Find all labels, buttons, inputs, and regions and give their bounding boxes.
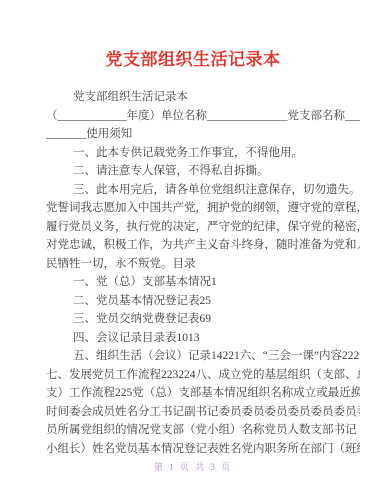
text-line: 民牺牲一切，永不叛党。目录 — [46, 255, 360, 274]
text-line: 七、发展党员工作流程223224八、成立党的基层组织（支部、总 — [46, 366, 360, 385]
text-line: 二、请注意专人保管，不得私自拆撕。 — [46, 162, 360, 181]
page-number-footer: 第 1 页 共 3 页 — [0, 460, 386, 473]
document-page: 党支部组织生活记录本 党支部组织生活记录本（____________年度）单位名… — [0, 0, 386, 500]
text-line: 对党忠诚，积极工作，为共产主义奋斗终身，随时准备为党和人 — [46, 236, 360, 255]
text-line: 一、党（总）支部基本情况1 — [46, 273, 360, 292]
text-line: 一、此本专供记载党务工作事宜，不得他用。 — [46, 144, 360, 163]
text-line: 三、此本用完后，请各单位党组织注意保存，切勿遗失。入 — [46, 181, 360, 200]
text-line: 支）工作流程225党（总）支部基本情况组织名称成立或最近换届 — [46, 384, 360, 403]
text-line: 小组长）姓名党员基本情况登记表姓名党内职务所在部门（班组 — [46, 440, 360, 459]
text-line: 员所属党组织的情况党支部（党小组）名称党员人数支部书记（ — [46, 421, 360, 440]
text-line: 五、组织生活（会议）记录14221六、“三会一课”内容222 — [46, 347, 360, 366]
text-line: 履行党员义务，执行党的决定，严守党的纪律，保守党的秘密， — [46, 218, 360, 237]
document-body: 党支部组织生活记录本（____________年度）单位名称__________… — [46, 88, 360, 458]
text-line: （____________年度）单位名称______________党支部名称_… — [46, 107, 360, 126]
text-line: 时间委会成员姓名分工书记副书记委员委员委员委员委员委员委 — [46, 403, 360, 422]
text-line: 二、党员基本情况登记表25 — [46, 292, 360, 311]
text-line: 三、党员交纳党费登记表69 — [46, 310, 360, 329]
text-line: 党支部组织生活记录本 — [46, 88, 360, 107]
document-title: 党支部组织生活记录本 — [0, 45, 386, 70]
text-line: _______使用须知 — [46, 125, 360, 144]
text-line: 党誓词我志愿加入中国共产党，拥护党的纲领，遵守党的章程， — [46, 199, 360, 218]
text-line: 四、会议记录目录表1013 — [46, 329, 360, 348]
